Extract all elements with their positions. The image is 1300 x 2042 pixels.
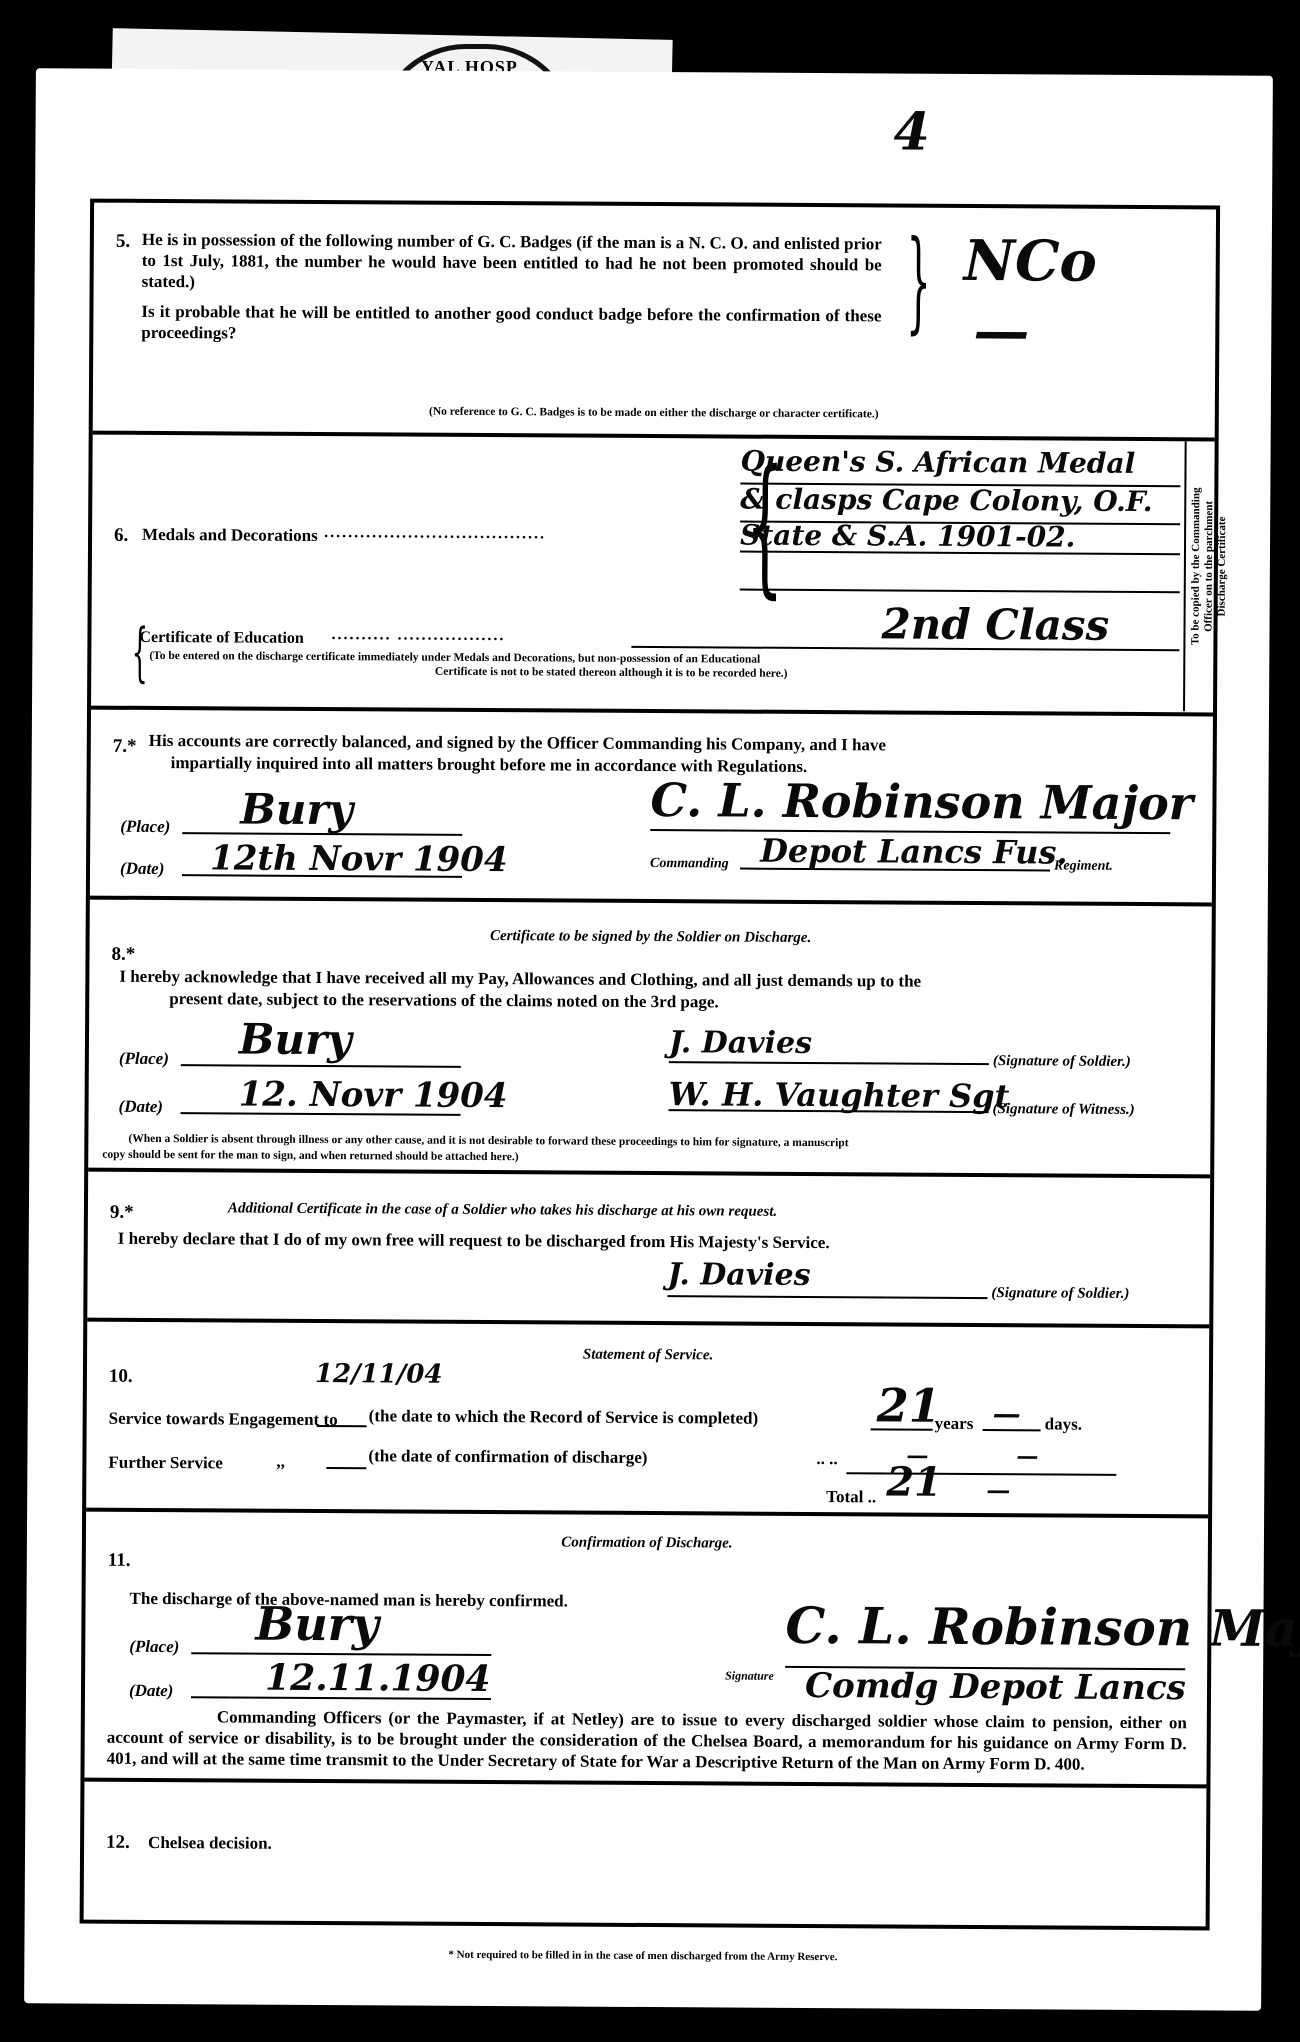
commanding-value: Depot Lancs Fus. — [760, 832, 1068, 872]
badges-note: (No reference to G. C. Badges is to be m… — [93, 403, 1215, 425]
copy-instruction: To be copied by the Commanding Officer o… — [1189, 451, 1229, 681]
document-page: 4 5. He is in possession of the followin… — [24, 68, 1273, 2011]
chelsea-decision-label: Chelsea decision. — [148, 1832, 272, 1854]
medals-label: Medals and Decorations — [142, 524, 318, 546]
medals-line-3: State & S.A. 1901-02. — [740, 519, 1075, 554]
section-11: 11. Confirmation of Discharge. The disch… — [84, 1512, 1208, 1789]
footnote: * Not required to be filled in in the ca… — [24, 1946, 1261, 1966]
section-9: 9.* Additional Certificate in the case o… — [87, 1172, 1210, 1329]
probable-answer: — — [973, 298, 1029, 364]
soldier-signature: J. Davies — [669, 1025, 812, 1061]
brace-icon: } — [906, 226, 931, 336]
medals-line-1: Queen's S. African Medal — [740, 445, 1135, 480]
section-10: 10. Statement of Service. Service toward… — [86, 1322, 1209, 1519]
officer-signature: C. L. Robinson Major — [650, 773, 1193, 830]
leader-dots: .......... .................. — [331, 626, 505, 645]
medals-line-2: & clasps Cape Colony, O.F. — [740, 483, 1153, 519]
probable-question: Is it probable that he will be entitled … — [115, 301, 881, 348]
education-label: Certificate of Education — [139, 627, 304, 649]
badges-answer: NCo — [964, 228, 1098, 295]
engagement-date: 12/11/04 — [315, 1359, 443, 1390]
leader-dots: ..................................... — [324, 524, 546, 543]
section-6: 6. Medals and Decorations ..............… — [91, 435, 1215, 717]
section-7: 7.* His accounts are correctly balanced,… — [90, 710, 1213, 907]
section-12: 12. Chelsea decision. — [84, 1782, 1207, 1931]
discharge-form: 5. He is in possession of the following … — [80, 199, 1221, 1931]
date-value: 12th Novr 1904 — [210, 838, 508, 880]
badges-question: He is in possession of the following num… — [142, 229, 882, 297]
pension-instructions: Commanding Officers (or the Paymaster, i… — [107, 1706, 1187, 1776]
section-8: Certificate to be signed by the Soldier … — [88, 900, 1212, 1179]
page-mark: 4 — [893, 101, 930, 162]
confirming-signature: C. L. Robinson Major — [785, 1596, 1300, 1659]
place-value: Bury — [240, 785, 353, 835]
total-years: 21 — [886, 1458, 942, 1505]
soldier-signature: J. Davies — [667, 1257, 810, 1293]
section-5: 5. He is in possession of the following … — [93, 203, 1216, 442]
service-years: 21 — [877, 1378, 941, 1432]
education-value: 2nd Class — [881, 599, 1109, 649]
